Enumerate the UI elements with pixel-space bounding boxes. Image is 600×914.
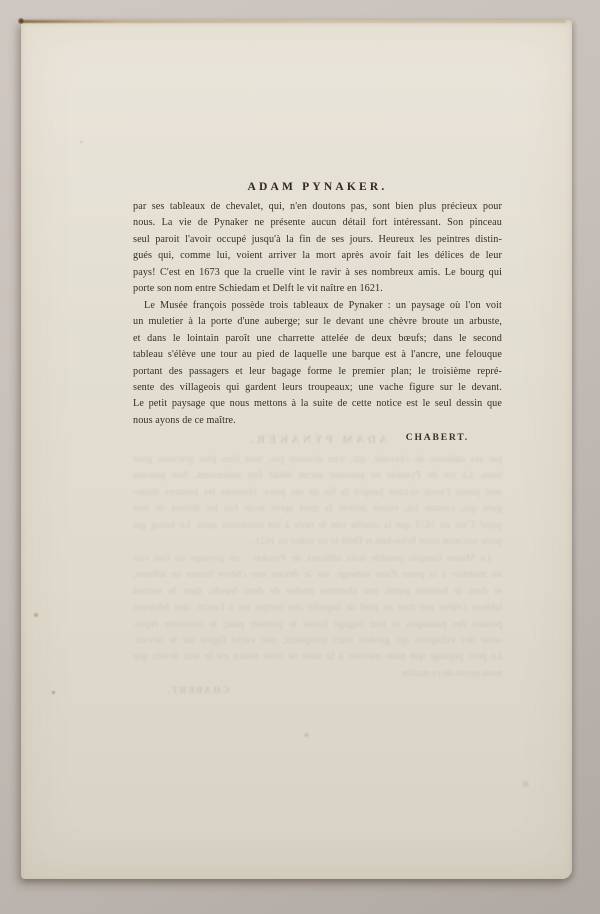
- opening-paragraph: par ses tableaux de chevalet, qui, n'en …: [133, 199, 502, 298]
- text-line: Le Musée françois possède trois tableaux…: [133, 298, 502, 314]
- text-line: nous. La vie de Pynaker ne présente aucu…: [133, 468, 502, 484]
- text-line: et dans le lointain paroît une charrette…: [133, 584, 502, 600]
- foxing-spot: [33, 612, 39, 618]
- author-signature: CHABERT.: [133, 685, 502, 696]
- text-line: nous ayons de ce maître.: [133, 413, 502, 429]
- text-line: sente des villageois qui gardent leurs t…: [133, 633, 502, 649]
- text-line: sente des villageois qui gardent leurs t…: [133, 380, 502, 396]
- text-line: tableau s'élève une tour au pied de laqu…: [133, 600, 502, 616]
- text-line: nous ayons de ce maître.: [133, 666, 502, 682]
- text-line: gués qui, comme lui, voient arriver la m…: [133, 501, 502, 517]
- corner-speck: [18, 18, 24, 24]
- text-line: tableau s'élève une tour au pied de laqu…: [133, 347, 502, 363]
- text-line: un muletier à la porte d'une auberge; su…: [133, 567, 502, 583]
- opening-paragraph: par ses tableaux de chevalet, qui, n'en …: [133, 452, 502, 551]
- museum-paragraph: Le Musée françois possède trois tableaux…: [133, 551, 502, 683]
- page-title: ADAM PYNAKER.: [133, 181, 502, 193]
- text-line: gués qui, comme lui, voient arriver la m…: [133, 248, 502, 264]
- notice-text-block: ADAM PYNAKER. par ses tableaux de cheval…: [133, 181, 502, 443]
- text-line: pays! C'est en 1673 que la cruelle vint …: [133, 265, 502, 281]
- foxing-spot: [79, 140, 84, 144]
- foxing-spot: [521, 780, 530, 788]
- text-line: et dans le lointain paroît une charrette…: [133, 331, 502, 347]
- text-line: Le petit paysage que nous mettons à la s…: [133, 649, 502, 665]
- paper-sheet: ADAM PYNAKER. par ses tableaux de cheval…: [21, 20, 572, 879]
- text-line: par ses tableaux de chevalet, qui, n'en …: [133, 199, 502, 215]
- text-line: porte son nom entre Schiedam et Delft le…: [133, 281, 502, 297]
- text-line: pays! C'est en 1673 que la cruelle vint …: [133, 518, 502, 534]
- text-line: Le Musée françois possède trois tableaux…: [133, 551, 502, 567]
- scanned-book-page: ADAM PYNAKER. par ses tableaux de cheval…: [0, 0, 600, 914]
- foxing-spot: [51, 690, 56, 695]
- text-line: seul paroit l'avoir occupé jusqu'à la fi…: [133, 232, 502, 248]
- verso-showthrough: ADAM PYNAKER. par ses tableaux de cheval…: [133, 434, 502, 696]
- foxing-spot: [303, 732, 310, 738]
- text-line: portant des passagers et leur bagage for…: [133, 364, 502, 380]
- text-line: porte son nom entre Schiedam et Delft le…: [133, 534, 502, 550]
- author-signature: CHABERT.: [133, 432, 502, 443]
- text-line: nous. La vie de Pynaker ne présente aucu…: [133, 215, 502, 231]
- museum-paragraph: Le Musée françois possède trois tableaux…: [133, 298, 502, 430]
- text-line: seul paroit l'avoir occupé jusqu'à la fi…: [133, 485, 502, 501]
- text-line: portant des passagers et leur bagage for…: [133, 617, 502, 633]
- text-line: par ses tableaux de chevalet, qui, n'en …: [133, 452, 502, 468]
- browned-top-edge: [21, 20, 566, 23]
- text-line: un muletier à la porte d'une auberge; su…: [133, 314, 502, 330]
- text-line: Le petit paysage que nous mettons à la s…: [133, 396, 502, 412]
